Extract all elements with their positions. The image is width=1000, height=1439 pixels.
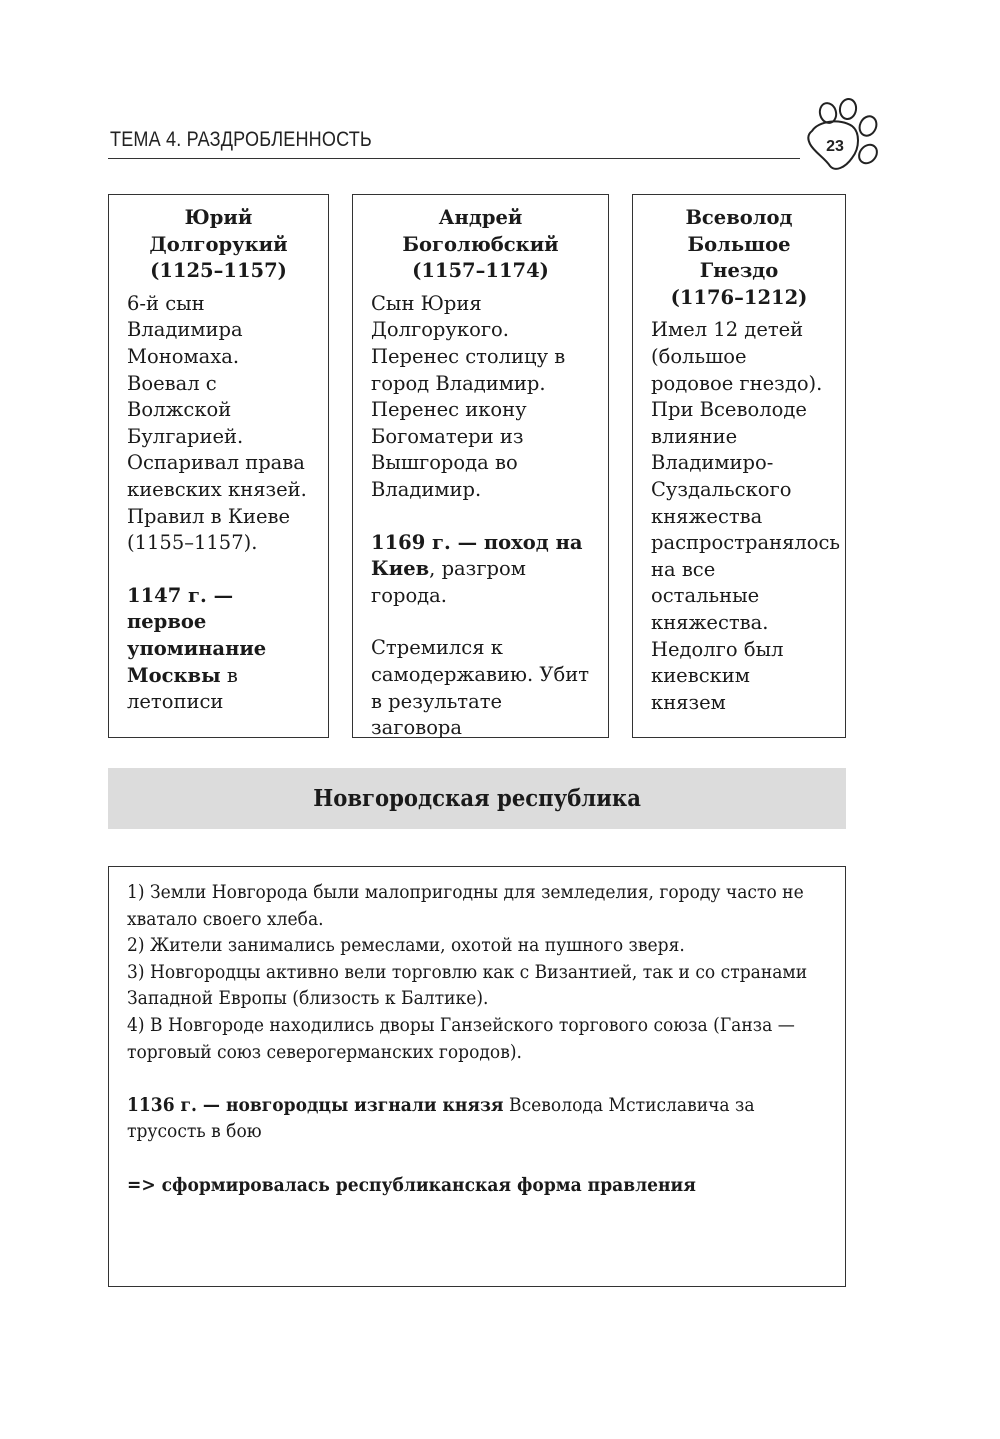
list-item: 1) Земли Новгорода были малопригодны для… (127, 879, 829, 932)
header-rule (108, 158, 800, 159)
list-item: 4) В Новгороде находились дворы Ганзейск… (127, 1012, 829, 1065)
section-header: Новгородская республика (108, 768, 846, 829)
section-title: Новгородская республика (313, 785, 641, 812)
ruler-title: Андрей Боголюбский (1157–1174) (371, 205, 590, 285)
novgorod-event: 1136 г. — новгородцы изгнали князя Всево… (127, 1092, 829, 1145)
paw-print-icon (800, 96, 890, 176)
novgorod-info-box: 1) Земли Новгорода были малопригодны для… (108, 866, 846, 1287)
page-number: 23 (819, 138, 851, 156)
novgorod-conclusion: => сформировалась республиканская форма … (127, 1172, 829, 1199)
ruler-event: 1169 г. — поход на Киев, разгром города. (371, 530, 590, 610)
ruler-card-vsevolod-bolshoe-gnezdo: Всеволод Большое Гнездо (1176–1212) Имел… (632, 194, 846, 738)
list-item: 2) Жители занимались ремеслами, охотой н… (127, 932, 829, 959)
ruler-event: 1147 г. — первое упоминание Москвы в лет… (127, 583, 310, 716)
ruler-description: Имел 12 детей (большое родовое гнездо). … (651, 317, 827, 716)
ruler-description: 6-й сын Владимира Мономаха. Воевал с Вол… (127, 291, 310, 557)
ruler-description: Сын Юрия Долгорукого. Перенес столицу в … (371, 291, 590, 504)
ruler-title: Юрий Долгорукий (1125–1157) (127, 205, 310, 285)
ruler-card-yuri-dolgorukiy: Юрий Долгорукий (1125–1157) 6-й сын Влад… (108, 194, 329, 738)
ruler-extra: Стремился к самодержавию. Убит в результ… (371, 635, 590, 741)
list-item: 3) Новгородцы активно вели торговлю как … (127, 959, 829, 1012)
ruler-title: Всеволод Большое Гнездо (1176–1212) (651, 205, 827, 311)
running-head-title: ТЕМА 4. РАЗДРОБЛЕННОСТЬ (110, 128, 372, 152)
ruler-card-andrey-bogolyubskiy: Андрей Боголюбский (1157–1174) Сын Юрия … (352, 194, 609, 738)
